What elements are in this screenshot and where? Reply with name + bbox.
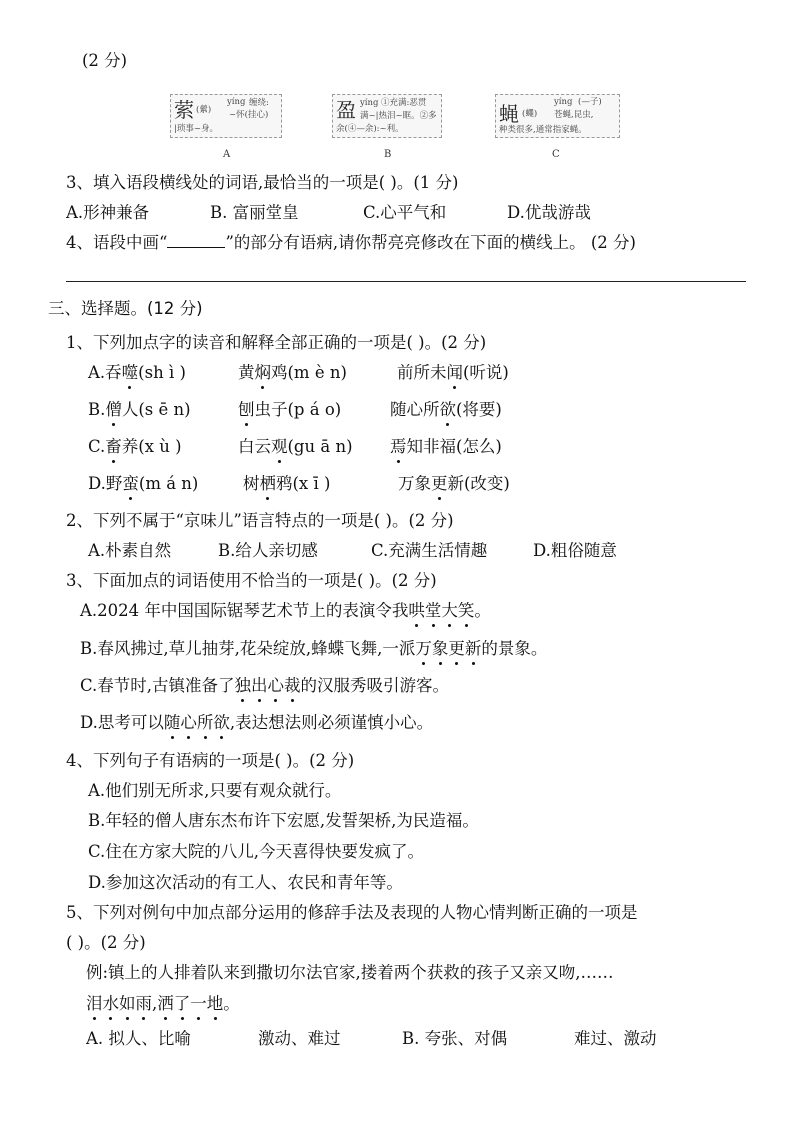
item-text: 前所未	[397, 363, 447, 382]
card-def: 种类很多,通常指家蝇。	[499, 125, 587, 136]
option-d: D.参加这次活动的有工人、农民和青年等。	[88, 872, 403, 894]
dotted-char: 焉	[390, 436, 407, 458]
dotted-char: 畜	[105, 436, 122, 458]
dotted-char: 哄	[408, 600, 425, 622]
option-a: A.2024 年中国国际锯琴艺术节上的表演令我哄堂大笑。	[80, 600, 491, 622]
card-char: 蝇	[499, 103, 519, 125]
option-label: C.	[88, 437, 105, 456]
option-item: D.野蛮(m á n)	[88, 473, 198, 495]
dotted-char: 独	[235, 675, 252, 697]
dotted-char: 象	[432, 638, 449, 660]
card-pinyin: yíng	[227, 97, 245, 108]
option-item: 黄焖鸡(m è n)	[238, 362, 347, 384]
option-text: B.春风拂过,草儿抽芽,花朵绽放,蜂蝶飞舞,一派	[80, 639, 415, 658]
option-b: B. 夸张、对偶	[402, 1028, 507, 1050]
card-def: 余(④—余):~利。	[336, 124, 404, 135]
underline-sample	[167, 233, 225, 248]
option-item: B.僧人(s ē n)	[88, 399, 191, 421]
dotted-char: 噬	[122, 362, 139, 384]
option-a: A. 拟人、比喻	[86, 1028, 191, 1050]
dotted-char: 闻	[447, 362, 464, 384]
question-stem: 3、下面加点的词语使用不恰当的一项是( )。(2 分)	[66, 570, 437, 592]
dotted-char: 如	[119, 993, 136, 1015]
card-pinyin: yíng	[554, 97, 572, 108]
item-text: 知非福(怎么)	[407, 437, 502, 456]
dotted-char: 欲	[213, 712, 230, 734]
option-b: B. 富丽堂皇	[210, 202, 299, 224]
item-text: (gu ā n)	[288, 437, 353, 456]
item-text: (将要)	[456, 400, 502, 419]
dotted-char: 更	[431, 473, 448, 495]
card-variant: (縈)	[196, 105, 211, 116]
example-text: 。	[223, 994, 240, 1013]
dotted-char: 欲	[440, 399, 457, 421]
question-stem-cont: ( )。(2 分)	[66, 932, 146, 954]
card-def: ~怀(挂心)	[229, 110, 268, 121]
item-text: (听说)	[463, 363, 509, 382]
item-text: 新(改变)	[448, 474, 510, 493]
option-a: A.形神兼备	[66, 202, 149, 224]
example-sentence-cont: 泪水如雨,洒了一地。	[86, 993, 240, 1015]
option-a: A.朴素自然	[88, 540, 171, 562]
dotted-char: 僧	[105, 399, 122, 421]
card-variant: (蠅)	[522, 109, 537, 120]
option-label: A.	[88, 363, 105, 382]
item-text: 虫子(p á o)	[255, 400, 342, 419]
question-stem: 4、下列句子有语病的一项是( )。(2 分)	[66, 750, 354, 772]
option-item: 万象更新(改变)	[398, 473, 510, 495]
dotted-char: 心	[268, 675, 285, 697]
option-text: 的汉服秀吸引游客。	[301, 676, 450, 695]
dotted-char: 栖	[260, 473, 277, 495]
question-stem: 1、下列加点字的读音和解释全部正确的一项是( )。(2 分)	[66, 332, 486, 354]
card-label-a: A	[223, 149, 230, 160]
question-stem: 5、下列对例句中加点部分运用的修辞手法及表现的人物心情判断正确的一项是	[66, 902, 638, 924]
dotted-char: 雨	[136, 993, 153, 1015]
option-b-feeling: 难过、激动	[574, 1028, 657, 1050]
option-c: C.住在方家大院的八儿,今天喜得快要发疯了。	[88, 841, 424, 863]
option-item: 前所未闻(听说)	[397, 362, 509, 384]
option-b: B.春风拂过,草儿抽芽,花朵绽放,蜂蝶飞舞,一派万象更新的景象。	[80, 638, 547, 660]
option-a: A.他们别无所求,只要有观众就行。	[88, 780, 341, 802]
option-d: D.思考可以随心所欲,表达想法则必须谨慎小心。	[80, 712, 433, 734]
dotted-char: 焖	[255, 362, 272, 384]
option-b: B.年轻的僧人唐东杰布许下宏愿,发誓架桥,为民造福。	[88, 810, 479, 832]
dotted-char: 出	[251, 675, 268, 697]
card-def: (—子)	[578, 97, 602, 108]
dictionary-cards: 萦 (縈) yíng 缠绕: ~怀(挂心) |琐事~身。 A 盈 yíng ①充…	[170, 94, 625, 164]
dictionary-card-c: 蝇 (蠅) yíng (—子) 苍蝇,昆虫, 种类很多,通常指家蝇。	[495, 94, 620, 138]
option-label: D.	[88, 474, 106, 493]
option-c: C.春节时,古镇准备了独出心裁的汉服秀吸引游客。	[80, 675, 449, 697]
example-sentence: 例:镇上的人排着队来到撒切尔法官家,搂着两个获救的孩子又亲又吻,……	[86, 962, 614, 984]
card-label-c: C	[552, 149, 560, 160]
option-text: A.2024 年中国国际锯琴艺术节上的表演令我	[80, 601, 408, 620]
dotted-char: 水	[103, 993, 120, 1015]
option-a-feeling: 激动、难过	[258, 1028, 341, 1050]
dotted-char: 裁	[284, 675, 301, 697]
dotted-char: 一	[190, 993, 207, 1015]
item-text: 万象	[398, 474, 431, 493]
option-item: 刨虫子(p á o)	[238, 399, 341, 421]
item-text: 随心所	[390, 400, 440, 419]
dotted-char: 更	[448, 638, 465, 660]
dotted-char: 地	[207, 993, 224, 1015]
option-text: D.思考可以	[80, 713, 164, 732]
dotted-char: 万	[415, 638, 432, 660]
dotted-char: 大	[441, 600, 458, 622]
option-item: C.畜养(x ù )	[88, 436, 182, 458]
option-c: C.充满生活情趣	[371, 540, 487, 562]
item-text: 人(s ē n)	[122, 400, 191, 419]
dotted-char: 刨	[238, 399, 255, 421]
option-d: D.粗俗随意	[533, 540, 617, 562]
dotted-char: 泪	[86, 993, 103, 1015]
item-text: 养(x ù )	[122, 437, 182, 456]
item-text: 吞	[105, 363, 122, 382]
option-text: 的景象。	[481, 639, 547, 658]
item-text: 野	[106, 474, 123, 493]
option-item: 树栖鸦(x ī )	[243, 473, 330, 495]
dotted-char: 洒	[157, 993, 174, 1015]
answer-line[interactable]	[66, 281, 746, 282]
dotted-char: 新	[465, 638, 482, 660]
item-text: (sh ì )	[138, 363, 186, 382]
card-label-b: B	[384, 149, 391, 160]
stem-text: 4、语段中画“	[66, 233, 167, 252]
card-def: ①充满:恶贯	[381, 98, 426, 109]
option-c: C.心平气和	[363, 202, 446, 224]
option-text: ,表达想法则必须谨慎小心。	[230, 713, 433, 732]
option-item: 白云观(gu ā n)	[238, 436, 353, 458]
card-def: 缠绕:	[249, 98, 269, 109]
dotted-char: 笑	[458, 600, 475, 622]
card-def: 满~|热泪~眶。②多	[360, 111, 437, 122]
dictionary-card-a: 萦 (縈) yíng 缠绕: ~怀(挂心) |琐事~身。	[170, 94, 282, 138]
section-title: 三、选择题。(12 分)	[48, 298, 203, 320]
dotted-char: 了	[174, 993, 191, 1015]
card-pinyin: yíng	[360, 98, 378, 109]
option-text: C.春节时,古镇准备了	[80, 676, 235, 695]
item-text: 鸦(x ī )	[276, 474, 330, 493]
dotted-char: 蛮	[122, 473, 139, 495]
option-item: A.吞噬(sh ì )	[88, 362, 186, 384]
item-text: (m á n)	[139, 474, 198, 493]
item-text: 黄	[238, 363, 255, 382]
question-score: (2 分)	[82, 50, 127, 72]
item-text: 树	[243, 474, 260, 493]
card-def: 苍蝇,昆虫,	[554, 110, 593, 121]
dotted-char: 所	[197, 712, 214, 734]
question-stem: 2、下列不属于“京味儿”语言特点的一项是( )。(2 分)	[66, 510, 454, 532]
stem-text: ”的部分有语病,请你帮亮亮修改在下面的横线上。 (2 分)	[225, 233, 636, 252]
option-item: 随心所欲(将要)	[390, 399, 502, 421]
item-text: 鸡(m è n)	[271, 363, 347, 382]
option-b: B.给人亲切感	[218, 540, 318, 562]
card-def: |琐事~身。	[174, 124, 218, 135]
dictionary-card-b: 盈 yíng ①充满:恶贯 满~|热泪~眶。②多 余(④—余):~利。	[332, 94, 442, 138]
question-stem: 4、语段中画“”的部分有语病,请你帮亮亮修改在下面的横线上。 (2 分)	[66, 232, 636, 254]
dotted-char: 堂	[425, 600, 442, 622]
option-text: 。	[474, 601, 491, 620]
item-text: 白云	[238, 437, 271, 456]
question-stem: 3、填入语段横线处的词语,最恰当的一项是( )。(1 分)	[66, 172, 458, 194]
card-char: 盈	[336, 99, 356, 121]
option-label: B.	[88, 400, 105, 419]
option-d: D.优哉游哉	[507, 202, 591, 224]
dotted-char: 随	[164, 712, 181, 734]
option-item: 焉知非福(怎么)	[390, 436, 502, 458]
dotted-char: 心	[180, 712, 197, 734]
dotted-char: 观	[271, 436, 288, 458]
card-char: 萦	[174, 99, 194, 121]
